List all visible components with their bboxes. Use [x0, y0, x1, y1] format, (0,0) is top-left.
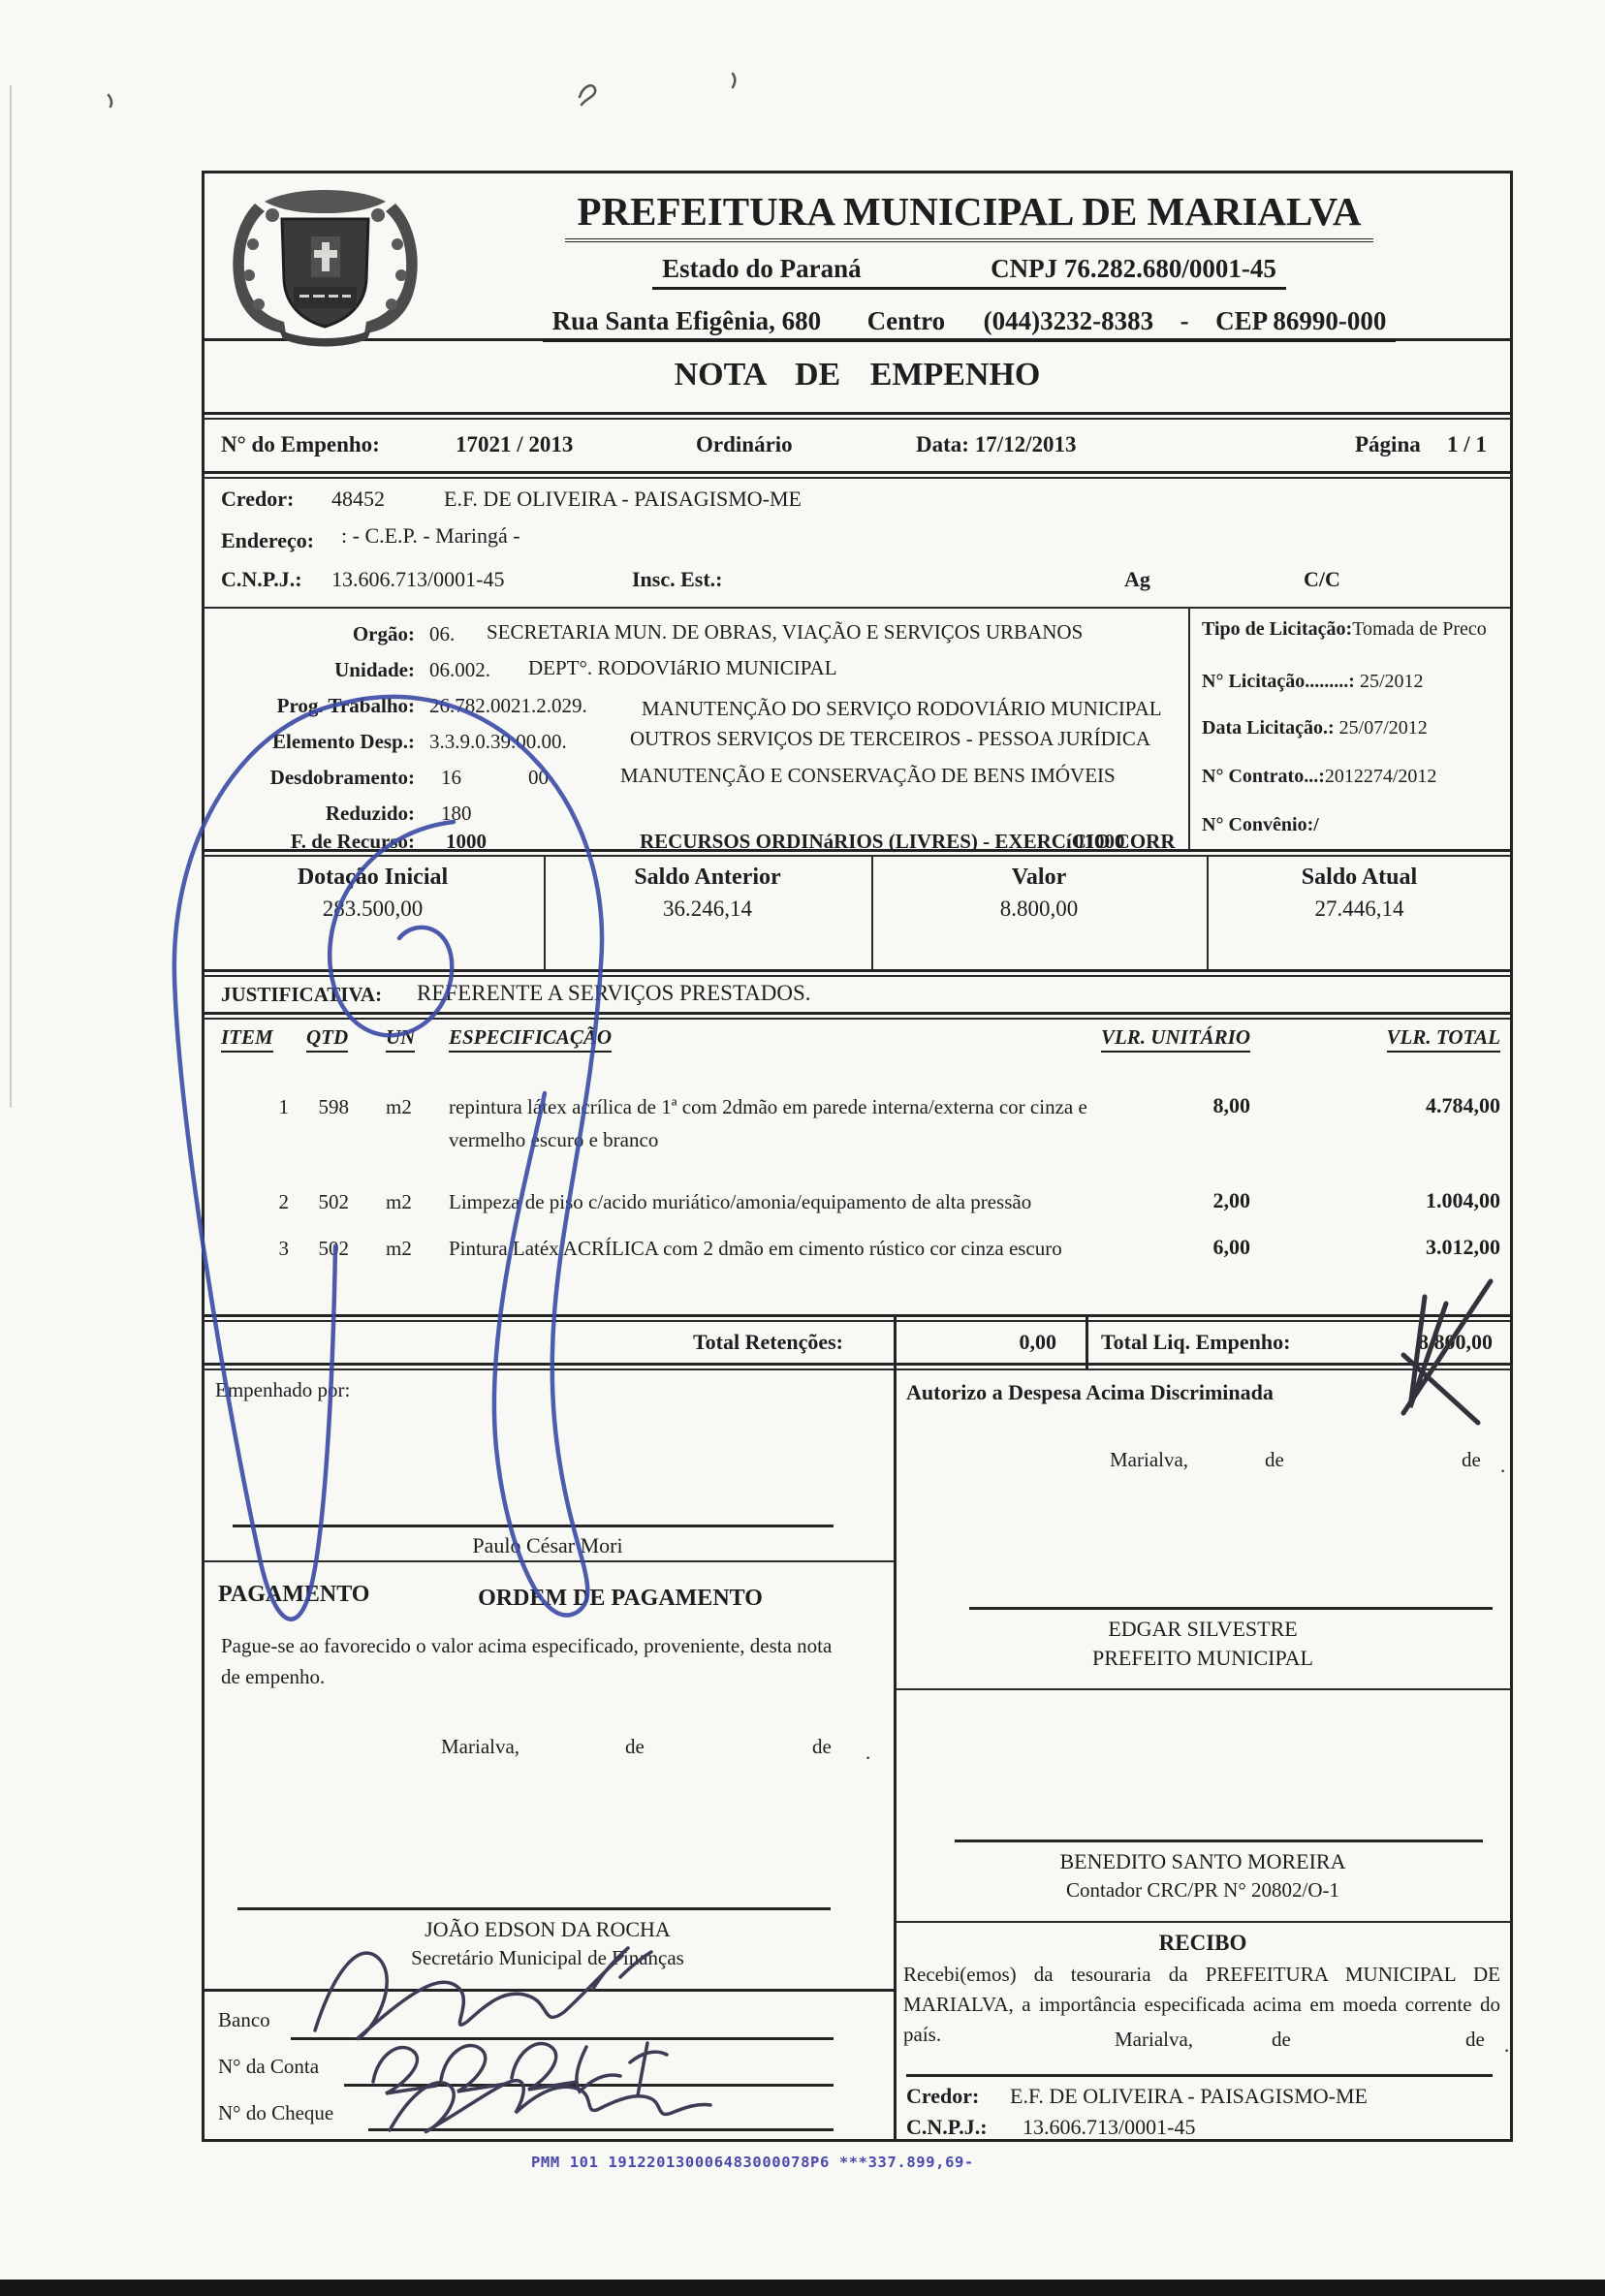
credor-name: E.F. DE OLIVEIRA - PAISAGISMO-ME — [444, 487, 802, 512]
rule — [894, 1921, 1512, 1923]
classification-desc: SECRETARIA MUN. DE OBRAS, VIAÇÃO E SERVI… — [487, 620, 1083, 645]
signature-line — [969, 1607, 1493, 1610]
classification-code: 06.002. — [429, 658, 490, 682]
recibo-text: Recebi(emos) da tesouraria da PREFEITURA… — [903, 1960, 1500, 2050]
total-liquido-value: 8.800,00 — [1365, 1330, 1493, 1355]
licitacao-row: Tipo de Licitação:Tomada de Preco — [1202, 618, 1507, 641]
header-title-block: PREFEITURA MUNICIPAL DE MARIALVA — [436, 188, 1502, 242]
budget-value: 27.446,14 — [1207, 896, 1512, 922]
header-line2: Estado do Paraná CNPJ 76.282.680/0001-45 — [436, 254, 1502, 290]
empenho-type: Ordinário — [696, 432, 793, 457]
cheque-field-line — [368, 2128, 834, 2131]
signature-line — [955, 1840, 1483, 1842]
rule — [202, 1314, 1513, 1317]
licitacao-row: N° Contrato...:2012274/2012 — [1202, 766, 1507, 788]
dateline-de: de — [1462, 1448, 1481, 1472]
contador-signer: BENEDITO SANTO MOREIRA — [894, 1849, 1512, 1874]
recibo-credor-label: Credor: — [906, 2084, 979, 2109]
credor-code: 48452 — [331, 487, 385, 512]
rule — [202, 1320, 1513, 1322]
budget-value: 8.800,00 — [871, 896, 1207, 922]
budget-header: Saldo Atual — [1207, 865, 1512, 891]
rule — [202, 969, 1513, 972]
empenho-page: 1 / 1 — [1447, 432, 1487, 457]
licitacao-row: N° Licitação.........: 25/2012 — [1202, 671, 1507, 693]
item-total: 1.004,00 — [1355, 1188, 1500, 1213]
header-separator: - — [1180, 306, 1189, 335]
doc-border-bottom — [202, 2139, 1513, 2142]
dateline-de: de — [1465, 2028, 1485, 2052]
cheque-label: N° do Cheque — [218, 2101, 333, 2125]
rule — [894, 1314, 897, 2142]
total-retencoes-value: 0,00 — [921, 1330, 1056, 1355]
dateline-de: de — [812, 1735, 832, 1759]
header-cep: CEP 86990-000 — [1215, 306, 1386, 335]
item-un: m2 — [386, 1237, 412, 1261]
empenhado-label: Empenhado por: — [215, 1378, 350, 1402]
item-desc: repintura látex acrílica de 1ª com 2dmão… — [449, 1095, 1185, 1119]
dateline-period: . — [1500, 1454, 1505, 1478]
empenho-date: Data: 17/12/2013 — [916, 432, 1076, 457]
header-line3: Rua Santa Efigênia, 680 Centro (044)3232… — [436, 306, 1502, 342]
signature-line — [237, 1907, 831, 1910]
licitacao-row: N° Convênio:/ — [1202, 814, 1507, 836]
autorizo-title: Autorizo a Despesa Acima Discriminada — [906, 1380, 1274, 1405]
budget-header: Dotação Inicial — [202, 865, 544, 891]
credor-insc-label: Insc. Est.: — [632, 567, 723, 592]
pagamento-text: Pague-se ao favorecido o valor acima esp… — [221, 1630, 851, 1692]
classification-label: Reduzido: — [202, 802, 415, 826]
rule — [202, 975, 1513, 977]
rule — [202, 477, 1513, 479]
doc-border-top — [202, 171, 1513, 173]
pagamento-signer-role: Secretário Municipal de Finanças — [202, 1946, 894, 1970]
scanned-nota-de-empenho: PREFEITURA MUNICIPAL DE MARIALVA Estado … — [0, 0, 1605, 2296]
dateline-de: de — [625, 1735, 645, 1759]
header-cnpj: CNPJ 76.282.680/0001-45 — [991, 254, 1276, 283]
credor-ag-label: Ag — [1124, 567, 1150, 592]
dateline-period: . — [865, 1741, 870, 1765]
dateline-city: Marialva, — [441, 1735, 519, 1759]
items-header-espec: ESPECIFICAÇÃO — [449, 1025, 612, 1053]
scan-edge-line — [10, 85, 12, 1108]
header-address: Rua Santa Efigênia, 680 — [552, 306, 822, 335]
dateline-city: Marialva, — [1110, 1448, 1188, 1472]
classification-extra: 01000 — [1074, 830, 1125, 854]
credor-label: Credor: — [221, 487, 294, 512]
classification-code: 1000 — [446, 830, 487, 854]
empenhado-signer: Paulo César Mori — [202, 1533, 894, 1558]
credor-endereco-label: Endereço: — [221, 528, 314, 553]
item-total: 3.012,00 — [1355, 1235, 1500, 1260]
credor-endereco: : - C.E.P. - Maringá - — [341, 523, 520, 549]
empenho-page-label: Página — [1355, 432, 1421, 457]
classification-code: 06. — [429, 622, 455, 646]
pagamento-signer: JOÃO EDSON DA ROCHA — [202, 1917, 894, 1942]
dateline-de: de — [1265, 1448, 1284, 1472]
rule — [1188, 607, 1190, 851]
items-header-total: VLR. TOTAL — [1345, 1025, 1500, 1053]
rule — [202, 412, 1513, 415]
rule — [202, 607, 1513, 609]
conta-field-line — [344, 2084, 834, 2087]
item-unit: 2,00 — [1105, 1188, 1250, 1213]
item-unit: 6,00 — [1105, 1235, 1250, 1260]
conta-label: N° da Conta — [218, 2055, 319, 2079]
doc-border-left — [202, 171, 205, 2142]
rule — [202, 1368, 1513, 1370]
header-state: Estado do Paraná — [662, 254, 862, 283]
signature-line — [906, 2074, 1493, 2077]
item-qtd: 502 — [262, 1190, 349, 1214]
recibo-cnpj: 13.606.713/0001-45 — [1023, 2115, 1195, 2140]
dateline-city: Marialva, — [1115, 2028, 1193, 2052]
contador-signer-role: Contador CRC/PR N° 20802/O-1 — [894, 1878, 1512, 1903]
item-total: 4.784,00 — [1355, 1093, 1500, 1118]
total-liquido-label: Total Liq. Empenho: — [1101, 1330, 1290, 1355]
classification-desc: OUTROS SERVIÇOS DE TERCEIROS - PESSOA JU… — [630, 727, 1150, 751]
total-retencoes-label: Total Retenções: — [582, 1330, 843, 1355]
rule — [202, 471, 1513, 474]
rule — [202, 1018, 1513, 1020]
items-header-item: ITEM — [221, 1025, 273, 1053]
classification-label: Unidade: — [202, 658, 415, 682]
classification-code: 26.782.0021.2.029. — [429, 694, 587, 718]
classification-code: 16 — [441, 766, 461, 790]
budget-value: 283.500,00 — [202, 896, 544, 922]
rule — [894, 1688, 1512, 1690]
classification-label: Desdobramento: — [202, 766, 415, 790]
doc-border-right — [1510, 171, 1513, 2142]
empenho-number-label: N° do Empenho: — [221, 432, 380, 457]
empenho-number: 17021 / 2013 — [456, 432, 573, 457]
classification-label: Orgão: — [202, 622, 415, 646]
classification-label: Elemento Desp.: — [202, 730, 415, 754]
budget-header: Valor — [871, 865, 1207, 891]
licitacao-row: Data Licitação.: 25/07/2012 — [1202, 717, 1507, 739]
classification-code: 3.3.9.0.39.00.00. — [429, 730, 567, 754]
justificativa-text: REFERENTE A SERVIÇOS PRESTADOS. — [417, 981, 811, 1006]
items-header-un: UN — [386, 1025, 415, 1053]
budget-header: Saldo Anterior — [544, 865, 871, 891]
item-qtd: 598 — [262, 1095, 349, 1119]
recibo-credor: E.F. DE OLIVEIRA - PAISAGISMO-ME — [1010, 2084, 1368, 2109]
signature-line — [233, 1525, 834, 1527]
credor-cnpj-label: C.N.P.J.: — [221, 567, 302, 592]
rule — [202, 1560, 894, 1562]
rule — [202, 855, 1513, 857]
autorizo-signer: EDGAR SILVESTRE — [894, 1617, 1512, 1642]
autorizo-signer-role: PREFEITO MUNICIPAL — [894, 1646, 1512, 1671]
classification-label: F. de Recurso: — [202, 830, 415, 854]
pagamento-title: PAGAMENTO — [218, 1582, 369, 1608]
pagamento-subtitle: ORDEM DE PAGAMENTO — [368, 1586, 872, 1612]
classification-desc: DEPT°. RODOVIáRIO MUNICIPAL — [528, 656, 837, 680]
item-desc: Pintura Latéx ACRÍLICA com 2 dmão em cim… — [449, 1237, 1185, 1261]
item-qtd: 502 — [262, 1237, 349, 1261]
banco-field-line — [291, 2037, 834, 2040]
recibo-title: RECIBO — [894, 1931, 1512, 1956]
budget-col: Saldo Atual 27.446,14 — [1207, 865, 1512, 922]
classification-code: 180 — [441, 802, 472, 826]
rule — [202, 1363, 1513, 1366]
page-title: PREFEITURA MUNICIPAL DE MARIALVA — [565, 188, 1372, 242]
item-desc: Limpeza de piso c/acido muriático/amonia… — [449, 1190, 1185, 1214]
dateline-de: de — [1272, 2028, 1291, 2052]
header-phone: (044)3232-8383 — [984, 306, 1153, 335]
classification-code2: 00 — [528, 766, 549, 790]
budget-value: 36.246,14 — [544, 896, 871, 922]
rule — [202, 1012, 1513, 1015]
budget-col: Dotação Inicial 283.500,00 — [202, 865, 544, 922]
item-un: m2 — [386, 1190, 412, 1214]
doc-title: NOTA DE EMPENHO — [202, 357, 1513, 393]
header-district: Centro — [867, 306, 946, 335]
items-header-unit: VLR. UNITÁRIO — [1056, 1025, 1250, 1053]
credor-cnpj: 13.606.713/0001-45 — [331, 567, 504, 592]
item-desc: vermelho escuro e branco — [449, 1128, 1185, 1152]
classification-desc: MANUTENÇÃO E CONSERVAÇÃO DE BENS IMÓVEIS — [620, 764, 1116, 788]
banco-label: Banco — [218, 2008, 270, 2032]
item-un: m2 — [386, 1095, 412, 1119]
classification-label: Prog. Trabalho: — [202, 694, 415, 718]
budget-col: Saldo Anterior 36.246,14 — [544, 865, 871, 922]
item-unit: 8,00 — [1105, 1093, 1250, 1118]
recibo-cnpj-label: C.N.P.J.: — [906, 2115, 988, 2140]
budget-col: Valor 8.800,00 — [871, 865, 1207, 922]
classification-desc: MANUTENÇÃO DO SERVIÇO RODOVIÁRIO MUNICIP… — [642, 697, 1162, 721]
scan-bottom-band — [0, 2280, 1605, 2296]
rule — [202, 418, 1513, 420]
justificativa-label: JUSTIFICATIVA: — [221, 983, 382, 1007]
dateline-period: . — [1504, 2033, 1509, 2058]
rule — [202, 1989, 894, 1992]
dot-matrix-print: PMM 101 191220130006483000078P6 ***337.8… — [531, 2154, 974, 2171]
rule — [1086, 1314, 1088, 1370]
items-header-qtd: QTD — [306, 1025, 348, 1053]
credor-cc-label: C/C — [1304, 567, 1340, 592]
